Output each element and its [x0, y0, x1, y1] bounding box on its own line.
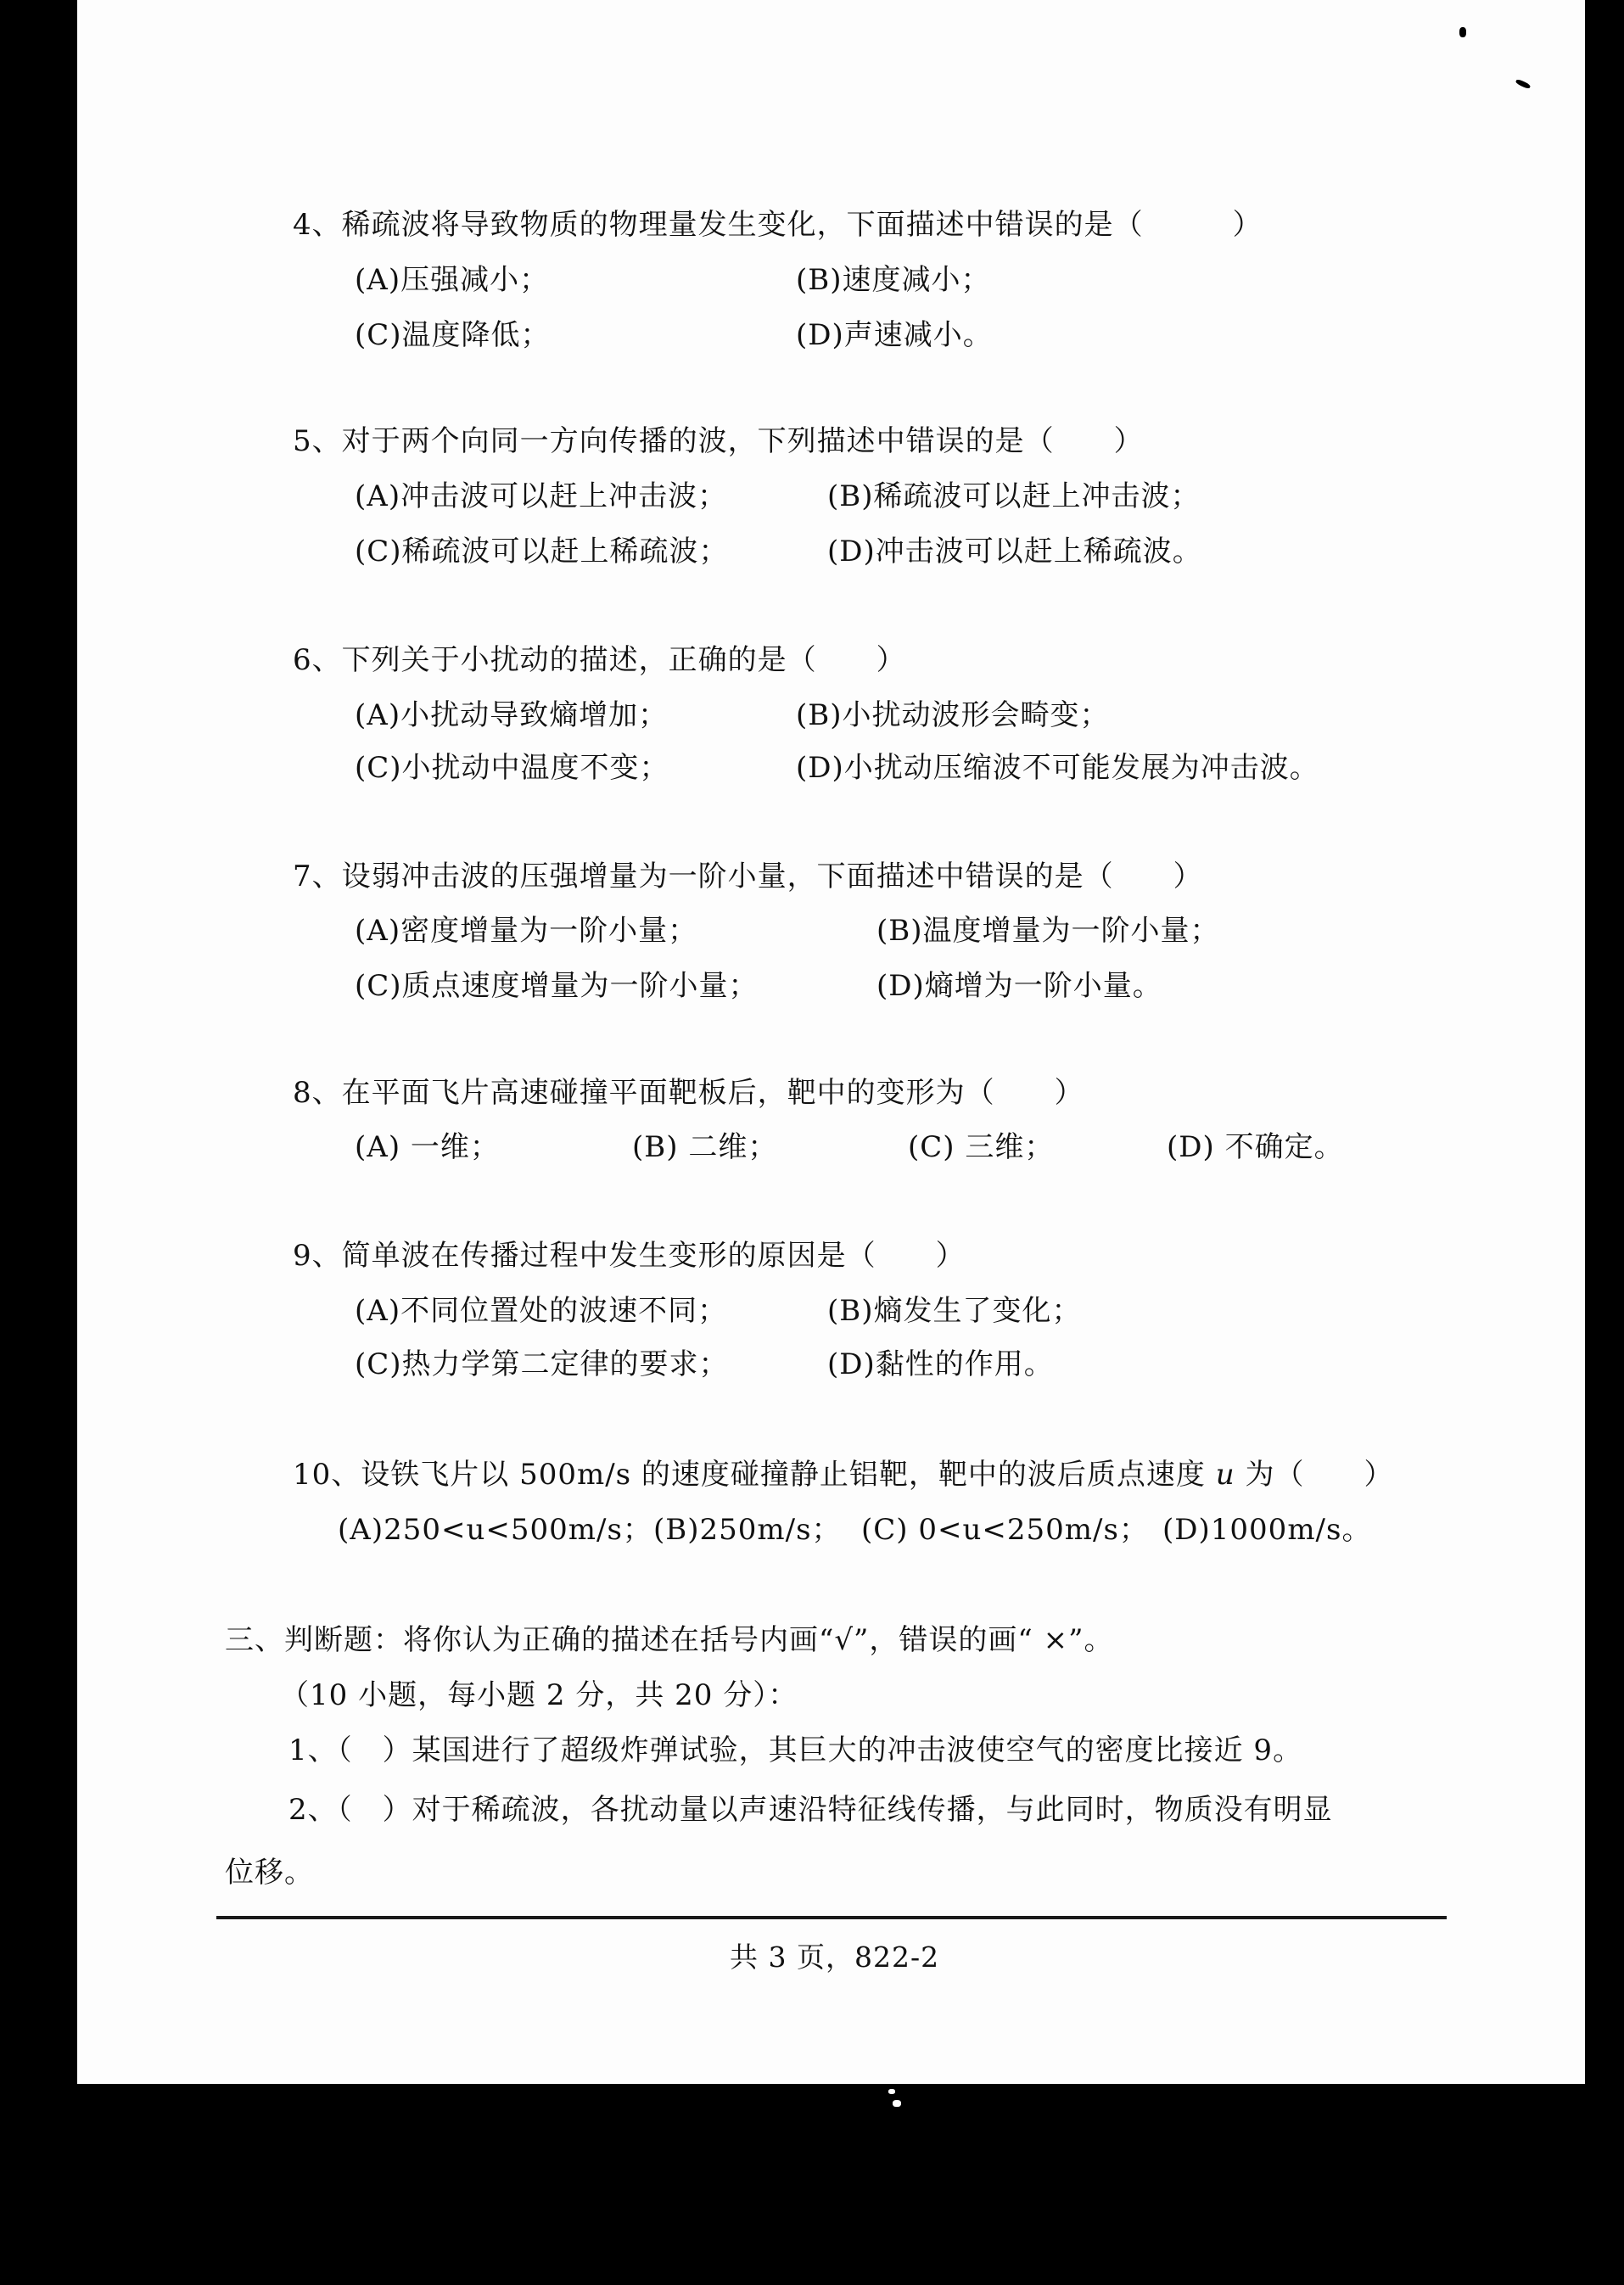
scan-speck — [888, 2089, 895, 2094]
question-8-stem: 8、在平面飞片高速碰撞平面靶板后，靶中的变形为（ ） — [293, 1076, 1084, 1110]
question-10-option-b: (B)250m/s； — [653, 1513, 842, 1547]
question-6-option-c: (C)小扰动中温度不变； — [355, 751, 669, 785]
question-6-option-b: (B)小扰动波形会畸变； — [796, 698, 1110, 732]
question-4-option-a: (A)压强减小； — [355, 263, 549, 297]
question-10-option-d: (D)1000m/s。 — [1162, 1513, 1371, 1547]
velocity-symbol: u — [1216, 1458, 1235, 1492]
true-false-item-1: 1、（ ）某国进行了超级炸弹试验，其巨大的冲击波使空气的密度比接近 9。 — [288, 1733, 1302, 1767]
question-10-option-c: (C) 0<u<250m/s； — [861, 1513, 1149, 1547]
question-5-stem: 5、对于两个向同一方向传播的波，下列描述中错误的是（ ） — [293, 424, 1144, 458]
scan-speck — [1459, 27, 1466, 37]
question-7-stem: 7、设弱冲击波的压强增量为一阶小量，下面描述中错误的是（ ） — [293, 860, 1203, 893]
question-6-stem: 6、下列关于小扰动的描述，正确的是（ ） — [293, 643, 906, 677]
question-9-option-a: (A)不同位置处的波速不同； — [355, 1294, 727, 1328]
question-4-option-c: (C)温度降低； — [355, 318, 551, 352]
question-5-option-c: (C)稀疏波可以赶上稀疏波； — [355, 535, 729, 568]
question-6-option-d: (D)小扰动压缩波不可能发展为冲击波。 — [796, 751, 1319, 785]
question-4-option-b: (B)速度减小； — [796, 263, 991, 297]
question-10-option-a: (A)250<u<500m/s； — [338, 1513, 652, 1547]
true-false-item-2-continuation: 位移。 — [225, 1856, 314, 1890]
question-5-option-a: (A)冲击波可以赶上冲击波； — [355, 479, 727, 513]
question-8-option-a: (A) 一维； — [355, 1130, 500, 1164]
footer-divider — [216, 1916, 1447, 1919]
question-10-stem: 10、设铁飞片以 500m/s 的速度碰撞静止铝靶，靶中的波后质点速度 u 为（… — [293, 1458, 1393, 1492]
exam-page — [77, 0, 1585, 2084]
question-8-option-d: (D) 不确定。 — [1167, 1130, 1344, 1164]
question-9-option-d: (D)黏性的作用。 — [827, 1347, 1054, 1381]
question-4-option-d: (D)声速减小。 — [796, 318, 993, 352]
question-9-option-c: (C)热力学第二定律的要求； — [355, 1347, 729, 1381]
question-7-option-d: (D)熵增为一阶小量。 — [876, 969, 1162, 1003]
question-7-option-a: (A)密度增量为一阶小量； — [355, 914, 697, 948]
section-3-subheading: （10 小题，每小题 2 分，共 20 分）： — [280, 1678, 798, 1712]
question-10-stem-text: 10、设铁飞片以 500m/s 的速度碰撞静止铝靶，靶中的波后质点速度 — [293, 1458, 1216, 1492]
question-9-stem: 9、简单波在传播过程中发生变形的原因是（ ） — [293, 1239, 966, 1273]
scan-speck — [893, 2100, 901, 2107]
question-5-option-b: (B)稀疏波可以赶上冲击波； — [827, 479, 1201, 513]
question-7-option-b: (B)温度增量为一阶小量； — [876, 914, 1220, 948]
section-3-heading: 三、判断题：将你认为正确的描述在括号内画“√”，错误的画“ ×”。 — [225, 1623, 1114, 1657]
question-5-option-d: (D)冲击波可以赶上稀疏波。 — [827, 535, 1202, 568]
page-info-footer: 共 3 页，822-2 — [730, 1941, 939, 1974]
question-8-option-c: (C) 三维； — [908, 1130, 1054, 1164]
question-8-option-b: (B) 二维； — [632, 1130, 777, 1164]
question-9-option-b: (B)熵发生了变化； — [827, 1294, 1082, 1328]
true-false-item-2: 2、（ ）对于稀疏波，各扰动量以声速沿特征线传播，与此同时，物质没有明显 — [288, 1793, 1333, 1827]
question-7-option-c: (C)质点速度增量为一阶小量； — [355, 969, 759, 1003]
question-6-option-a: (A)小扰动导致熵增加； — [355, 698, 668, 732]
question-4-stem: 4、稀疏波将导致物质的物理量发生变化，下面描述中错误的是（ ） — [293, 208, 1263, 242]
question-10-stem-tail: 为（ ） — [1235, 1458, 1394, 1492]
